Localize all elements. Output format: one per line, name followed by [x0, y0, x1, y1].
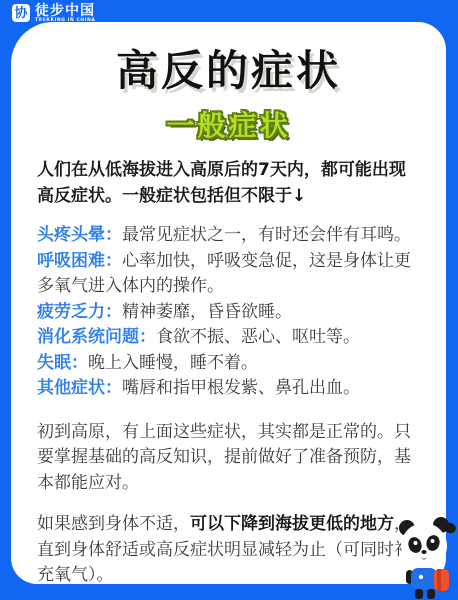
reassurance-paragraph: 初到高原，有上面这些症状，其实都是正常的。只要掌握基础的高反知识，提前做好了准备…: [37, 420, 420, 497]
symptom-desc: 嘴唇和指甲根发紫、鼻孔出血。: [122, 378, 360, 398]
symptom-desc: 精神萎靡，昏昏欲睡。: [122, 302, 292, 322]
symptom-desc: 食欲不振、恶心、呕吐等。: [156, 327, 360, 347]
symptom-desc: 晚上入睡慢，睡不着。: [88, 353, 258, 373]
subtitle-general-symptoms: 一般症状: [37, 104, 420, 144]
intro-paragraph: 人们在从低海拔进入高原后的7天内，都可能出现高反症状。一般症状包括但不限于↓: [37, 158, 420, 209]
brand-header: 协 徒步中国 TREKKING IN CHINA: [12, 3, 95, 23]
content-card: 高反的症状 一般症状 人们在从低海拔进入高原后的7天内，都可能出现高反症状。一般…: [11, 22, 446, 584]
symptom-desc: 最常见症状之一，有时还会伴有耳鸣。: [122, 225, 411, 245]
page-title: 高反的症状: [37, 48, 420, 94]
symptom-list: 头疼头晕：最常见症状之一，有时还会伴有耳鸣。 呼吸困难：心率加快，呼吸变急促，这…: [37, 223, 420, 402]
brand-name: 徒步中国: [35, 4, 95, 18]
symptom-label: 呼吸困难：: [37, 251, 122, 271]
closing-paragraph: 如果感到身体不适，可以下降到海拔更低的地方，直到身体舒适或高反症状明显减轻为止（…: [37, 512, 420, 589]
symptom-label: 其他症状：: [37, 378, 122, 398]
symptom-item: 呼吸困难：心率加快，呼吸变急促，这是身体让更多氧气进入体内的操作。: [37, 249, 420, 300]
brand-tagline: TREKKING IN CHINA: [35, 18, 95, 23]
symptom-item: 疲劳乏力：精神萎靡，昏昏欲睡。: [37, 300, 420, 326]
symptom-label: 头疼头晕：: [37, 225, 122, 245]
infographic-page: 协 徒步中国 TREKKING IN CHINA 高反的症状 一般症状 人们在从…: [0, 0, 458, 600]
symptom-label: 疲劳乏力：: [37, 302, 122, 322]
symptom-item: 失眠：晚上入睡慢，睡不着。: [37, 351, 420, 377]
closing-pre: 如果感到身体不适，: [37, 514, 190, 534]
symptom-item: 消化系统问题：食欲不振、恶心、呕吐等。: [37, 325, 420, 351]
logo-glyph: 协: [14, 7, 27, 20]
symptom-item: 其他症状：嘴唇和指甲根发紫、鼻孔出血。: [37, 376, 420, 402]
symptom-label: 失眠：: [37, 353, 88, 373]
brand-text: 徒步中国 TREKKING IN CHINA: [35, 4, 95, 23]
symptom-label: 消化系统问题：: [37, 327, 156, 347]
panda-mascot-illustration: [394, 514, 458, 600]
brand-logo-icon: 协: [12, 4, 30, 22]
symptom-item: 头疼头晕：最常见症状之一，有时还会伴有耳鸣。: [37, 223, 420, 249]
closing-bold-advice: 可以下降到海拔更低的地方: [190, 514, 394, 534]
